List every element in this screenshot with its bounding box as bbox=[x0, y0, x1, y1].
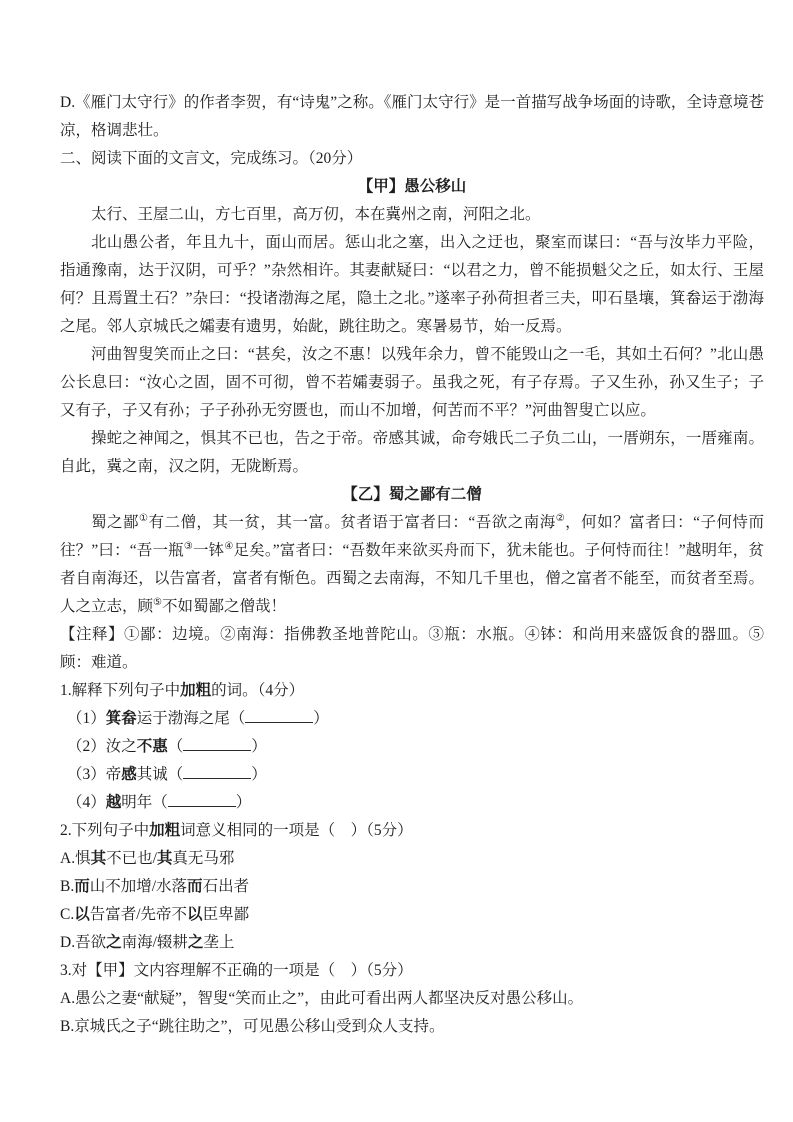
question-3-option-a: A.愚公之妻“献疑”，智叟“笑而止之”，由此可看出两人都坚决反对愚公移山。 bbox=[60, 985, 764, 1013]
passage-jia-paragraph-4: 操蛇之神闻之，惧其不已也，告之于帝。帝感其诚，命夸娥氏二子负二山，一厝朔东，一厝… bbox=[60, 425, 764, 481]
answer-blank bbox=[168, 791, 236, 807]
question-3-option-b: B.京城氏之子“跳往助之”，可见愚公移山受到众人支持。 bbox=[60, 1013, 764, 1041]
answer-blank bbox=[183, 735, 251, 751]
question-2-option-c: C.以告富者/先帝不以臣卑鄙 bbox=[60, 901, 764, 929]
question-2-option-d: D.吾欲之南海/辍耕之垄上 bbox=[60, 929, 764, 957]
answer-blank bbox=[245, 707, 313, 723]
prev-question-option-d: D.《雁门太守行》的作者李贺，有“诗鬼”之称。《雁门太守行》是一首描写战争场面的… bbox=[60, 89, 764, 145]
passage-jia-paragraph-1: 太行、王屋二山，方七百里，高万仞，本在冀州之南，河阳之北。 bbox=[60, 201, 764, 229]
question-1-stem: 1.解释下列句子中加粗的词。（4分） bbox=[60, 677, 764, 705]
question-2-stem: 2.下列句子中加粗词意义相同的一项是（ ）（5分） bbox=[60, 817, 764, 845]
passage-yi-notes: 【注释】①鄙：边境。②南海：指佛教圣地普陀山。③瓶：水瓶。④钵：和尚用来盛饭食的… bbox=[60, 621, 764, 677]
passage-jia-title: 【甲】愚公移山 bbox=[60, 173, 764, 201]
question-1-item-1: （1）箕畚运于渤海之尾（） bbox=[60, 705, 764, 733]
question-1-item-4: （4）越明年（） bbox=[60, 789, 764, 817]
passage-jia-paragraph-3: 河曲智叟笑而止之曰：“甚矣，汝之不惠！以残年余力，曾不能毁山之一毛，其如土石何？… bbox=[60, 341, 764, 425]
answer-blank bbox=[183, 763, 251, 779]
section-heading: 二、阅读下面的文言文，完成练习。（20分） bbox=[60, 145, 764, 173]
question-3-stem: 3.对【甲】文内容理解不正确的一项是（ ）（5分） bbox=[60, 957, 764, 985]
passage-yi-title: 【乙】蜀之鄙有二僧 bbox=[60, 481, 764, 509]
passage-yi-paragraph: 蜀之鄙①有二僧，其一贫，其一富。贫者语于富者曰：“吾欲之南海②，何如？富者曰：“… bbox=[60, 509, 764, 621]
document-page: D.《雁门太守行》的作者李贺，有“诗鬼”之称。《雁门太守行》是一首描写战争场面的… bbox=[0, 0, 793, 1041]
question-1-item-2: （2）汝之不惠（） bbox=[60, 733, 764, 761]
question-1-item-3: （3）帝感其诚（） bbox=[60, 761, 764, 789]
passage-jia-paragraph-2: 北山愚公者，年且九十，面山而居。惩山北之塞，出入之迂也，聚室而谋曰：“吾与汝毕力… bbox=[60, 229, 764, 341]
question-2-option-a: A.惧其不已也/其真无马邪 bbox=[60, 845, 764, 873]
question-2-option-b: B.而山不加增/水落而石出者 bbox=[60, 873, 764, 901]
